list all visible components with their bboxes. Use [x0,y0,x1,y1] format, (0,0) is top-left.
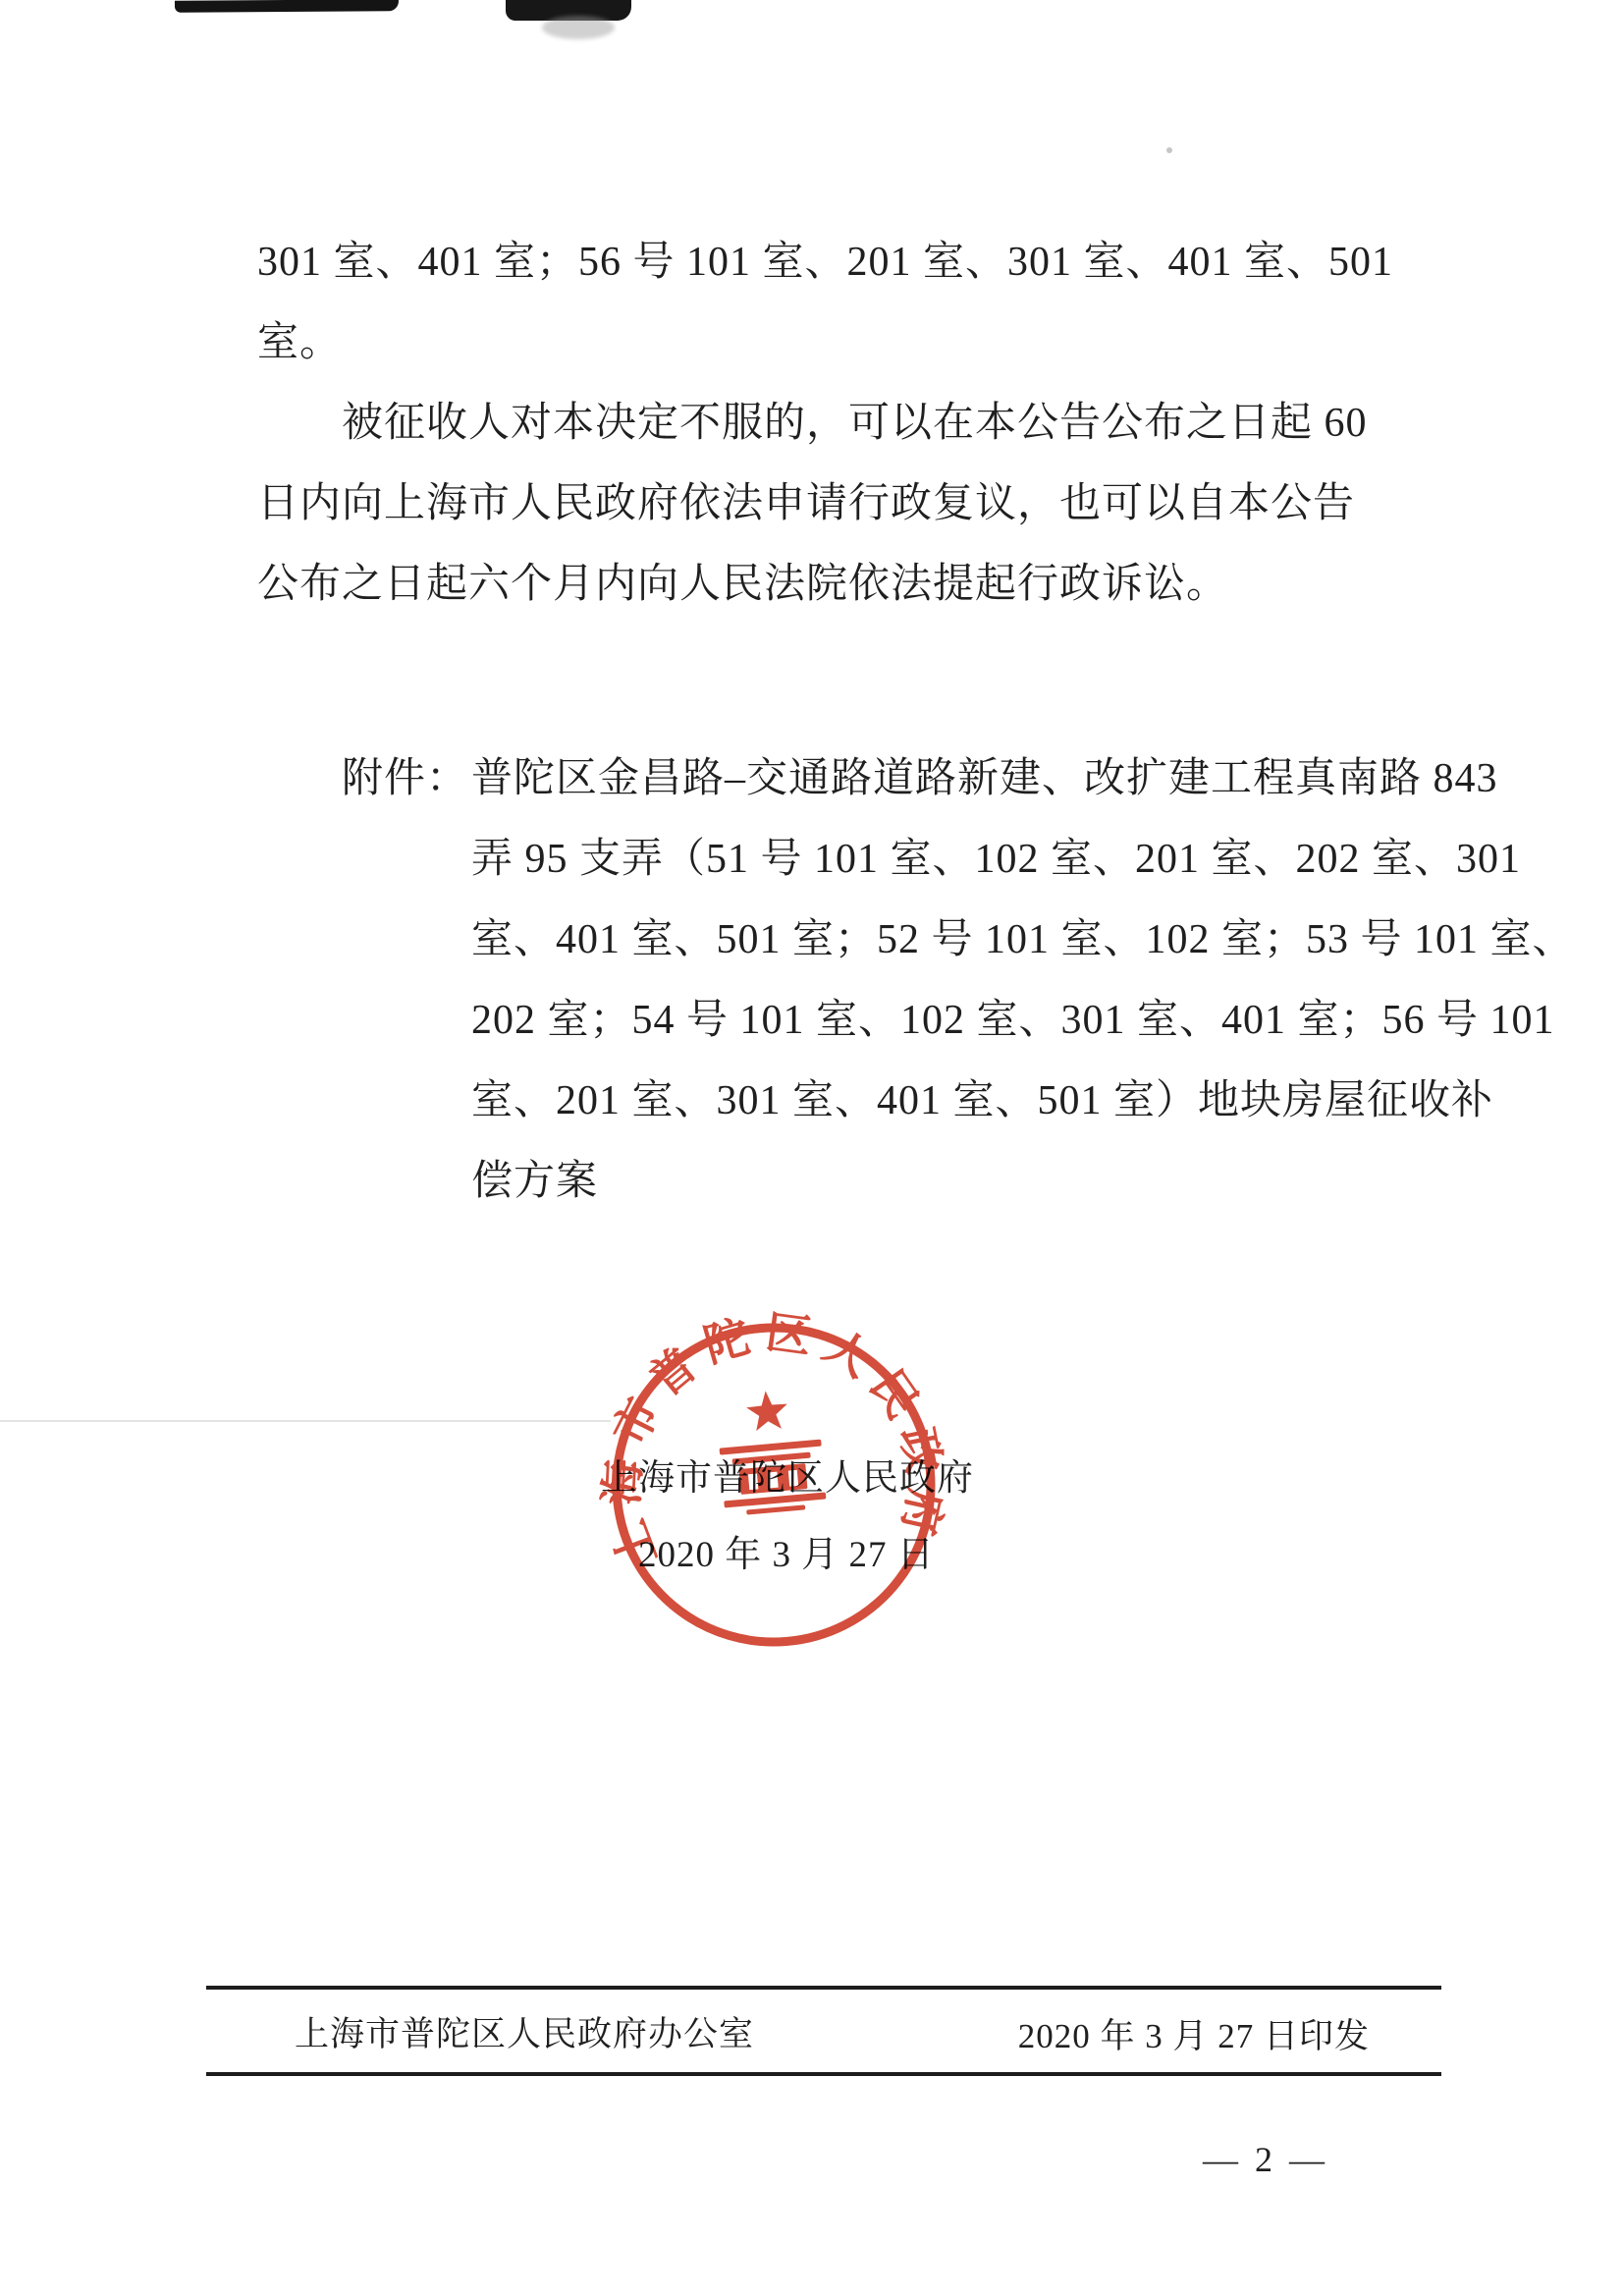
attachment-line: 室、401 室、501 室；52 号 101 室、102 室；53 号 101 … [471,900,1432,980]
body-line: 301 室、401 室；56 号 101 室、201 室、301 室、401 室… [257,222,1426,302]
attachment-block: 附件： 普陀区金昌路–交通路道路新建、改扩建工程真南路 843 弄 95 支弄（… [342,738,1432,1222]
scan-line-artifact [0,1420,611,1422]
body-line: 公布之日起六个月内向人民法院依法提起行政诉讼。 [257,544,1426,625]
scan-smudge [542,16,615,39]
attachment-line: 偿方案 [471,1141,1432,1222]
body-line: 日内向上海市人民政府依法申请行政复议，也可以自本公告 [257,464,1426,544]
seal-arc-textpath: 上海市普陀区人民政府 [582,1293,957,1580]
official-seal: 上海市普陀区人民政府 [582,1293,965,1676]
attachment-line: 普陀区金昌路–交通路道路新建、改扩建工程真南路 843 [471,738,1498,819]
attachment-line: 弄 95 支弄（51 号 101 室、102 室、201 室、202 室、301 [471,819,1432,900]
scan-smudge [175,0,399,13]
attachment-label: 附件： [342,738,471,819]
attachment-continuation: 弄 95 支弄（51 号 101 室、102 室、201 室、202 室、301… [471,819,1432,1222]
body-line: 室。 [257,302,1426,383]
emblem-base-bar-2 [746,1504,805,1514]
attachment-line: 202 室；54 号 101 室、102 室、301 室、401 室；56 号 … [471,980,1432,1061]
paragraph-continued: 301 室、401 室；56 号 101 室、201 室、301 室、401 室… [257,222,1426,383]
footer-issuing-office: 上海市普陀区人民政府办公室 [295,2007,754,2056]
emblem-base-bar [724,1492,826,1507]
paragraph-appeal-rights: 被征收人对本决定不服的，可以在本公告公布之日起 60 日内向上海市人民政府依法申… [257,383,1426,625]
page-number: — 2 — [1203,2139,1328,2180]
body-line: 被征收人对本决定不服的，可以在本公告公布之日起 60 [257,383,1426,464]
footer-rule-bottom [206,2072,1441,2076]
footer-rule-top [206,1986,1441,1990]
scan-speck [1166,147,1172,153]
attachment-line: 室、201 室、301 室、401 室、501 室）地块房屋征收补 [471,1061,1432,1141]
national-emblem-icon [715,1387,827,1517]
emblem-gate-door [788,1470,798,1487]
emblem-roof-bar-2 [732,1452,811,1465]
emblem-gate-door [748,1473,758,1490]
footer-print-date: 2020 年 3 月 27 日印发 [1001,2009,1370,2058]
emblem-gate-door [768,1472,778,1489]
seal-arc-text: 上海市普陀区人民政府 [582,1293,957,1580]
document-page: 301 室、401 室；56 号 101 室、201 室、301 室、401 室… [0,0,1623,2296]
attachment-first-line: 附件： 普陀区金昌路–交通路道路新建、改扩建工程真南路 843 [342,738,1432,819]
emblem-star-icon [745,1390,789,1432]
